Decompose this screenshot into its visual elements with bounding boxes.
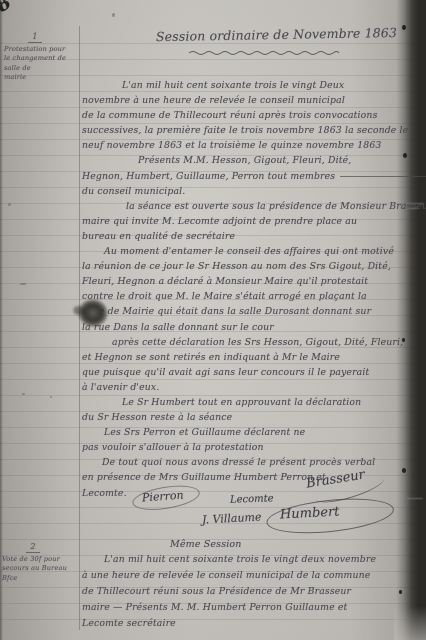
manuscript-line: de la commune de Thillecourt réuni après…	[82, 108, 402, 123]
manuscript-line: novembre à une heure de relevée le conse…	[82, 93, 402, 108]
paper-speck	[20, 283, 26, 285]
manuscript-line: Fleuri, Hegnon a déclaré à Monsieur Mair…	[82, 274, 402, 289]
manuscript-line: du conseil municipal.	[82, 184, 402, 199]
manuscript-line: la rue Dans la salle donnant sur le cour	[82, 320, 402, 335]
manuscript-line: la réunion de ce jour le Sr Hesson au no…	[82, 259, 402, 274]
ink-dot	[402, 338, 405, 342]
manuscript-line: Hegnon, Humbert, Guillaume, Perron tout …	[82, 169, 402, 184]
manuscript-line: du Sr Hesson reste à la séance	[82, 410, 402, 425]
signature-humbert: Humbert	[280, 504, 340, 522]
paragraph: Les Srs Perron et Guillaume déclarent ne…	[82, 425, 402, 455]
corner-page-number: 8	[0, 0, 15, 17]
paragraph: Présents M.M. Hesson, Gigout, Fleuri, Di…	[82, 153, 402, 198]
manuscript-line: salle de Mairie qui était dans la salle …	[82, 304, 402, 319]
margin-note-text: Protestation pourle changement de salle …	[4, 45, 80, 83]
margin-note-protestation: 1 Protestation pourle changement de sall…	[4, 32, 80, 83]
session2-paragraphs: L'an mil huit cent soixante trois le vin…	[82, 552, 418, 632]
manuscript-line: successives, la première faite le trois …	[82, 123, 402, 138]
wavy-underline-flourish	[188, 49, 340, 56]
manuscript-line: maire — Présents M. M. Humbert Perron Gu…	[82, 600, 418, 616]
margin-note-number: 1	[28, 32, 42, 43]
manuscript-line: Présents M.M. Hesson, Gigout, Fleuri, Di…	[82, 153, 402, 168]
ink-dot	[399, 590, 402, 594]
signature-villaume: J. Villaume	[202, 510, 262, 526]
ink-dot	[403, 153, 407, 158]
manuscript-line: de Thillecourt réuni sous la Présidence …	[82, 584, 418, 600]
manuscript-line: L'an mil huit cent soixante trois le vin…	[82, 78, 402, 93]
manuscript-line: Lecomte secrétaire	[82, 616, 418, 632]
ghost-writing	[406, 199, 424, 217]
ghost-writing	[407, 494, 423, 502]
manuscript-line: à l'avenir d'eux.	[82, 380, 402, 395]
manuscript-line: bureau en qualité de secrétaire	[82, 229, 402, 244]
paragraph: la séance est ouverte sous la présidence…	[82, 199, 402, 244]
session1-paragraphs: L'an mil huit cent soixante trois le vin…	[82, 78, 402, 501]
paper-speck	[8, 203, 11, 206]
ink-dot	[402, 25, 406, 30]
manuscript-line: Le Sr Humbert tout en approuvant la décl…	[82, 395, 402, 410]
margin-note-line: le changement de salle de	[4, 54, 80, 73]
manuscript-line: que puisque qu'il avait agi sans leur co…	[82, 365, 402, 380]
manuscript-line: pas vouloir s'allouer à la protestation	[82, 440, 402, 455]
manuscript-line: L'an mil huit cent soixante trois le vin…	[82, 552, 418, 568]
signature-pierron: Pierron	[142, 489, 184, 505]
paper-speck	[22, 393, 25, 395]
session2-title: Même Session	[170, 539, 242, 550]
session-title: Session ordinaire de Novembre 1863	[156, 25, 402, 49]
paragraph: Au moment d'entamer le conseil des affai…	[82, 244, 402, 335]
paragraph: L'an mil huit cent soixante trois le vin…	[82, 78, 402, 153]
margin-note-line: Protestation pour	[4, 45, 80, 55]
signature-lecomte: Lecomte	[230, 493, 274, 506]
margin-rule-line	[79, 26, 80, 630]
manuscript-line: après cette déclaration les Srs Hesson, …	[82, 335, 402, 350]
ink-dot	[402, 468, 406, 473]
paper-speck	[112, 13, 115, 17]
paper-speck	[50, 396, 52, 398]
paragraph: L'an mil huit cent soixante trois le vin…	[82, 552, 418, 632]
manuscript-line: Au moment d'entamer le conseil des affai…	[82, 244, 402, 259]
margin-note-text: Vote de 30f poursecours au Bureau Bfce	[2, 555, 78, 584]
manuscript-line: Les Srs Perron et Guillaume déclarent ne	[82, 425, 402, 440]
paragraph: après cette déclaration les Srs Hesson, …	[82, 335, 402, 395]
signature-block: Pierron Lecomte Brasseur J. Villaume Hum…	[82, 482, 412, 544]
margin-note-number: 2	[26, 542, 40, 553]
margin-note-line: Vote de 30f pour	[2, 555, 78, 565]
margin-note-line: mairie	[4, 73, 80, 83]
manuscript-line: maire qui invite M. Lecomte adjoint de p…	[82, 214, 402, 229]
margin-note-line: secours au Bureau Bfce	[2, 564, 78, 583]
manuscript-line: et Hegnon se sont retirés en indiquant à…	[82, 350, 402, 365]
manuscript-line: neuf novembre 1863 et la troisième le qu…	[82, 138, 402, 153]
manuscript-line: contre le droit que M. le Maire s'était …	[82, 289, 402, 304]
margin-note-vote: 2 Vote de 30f poursecours au Bureau Bfce	[2, 542, 78, 583]
manuscript-page: 8 1 Protestation pourle changement de sa…	[0, 0, 426, 640]
manuscript-line: la séance est ouverte sous la présidence…	[82, 199, 402, 214]
manuscript-body: Session ordinaire de Novembre 1863 L'an …	[82, 27, 402, 501]
manuscript-line: à une heure de relevée le conseil munici…	[82, 568, 418, 584]
paragraph: Le Sr Humbert tout en approuvant la décl…	[82, 395, 402, 425]
